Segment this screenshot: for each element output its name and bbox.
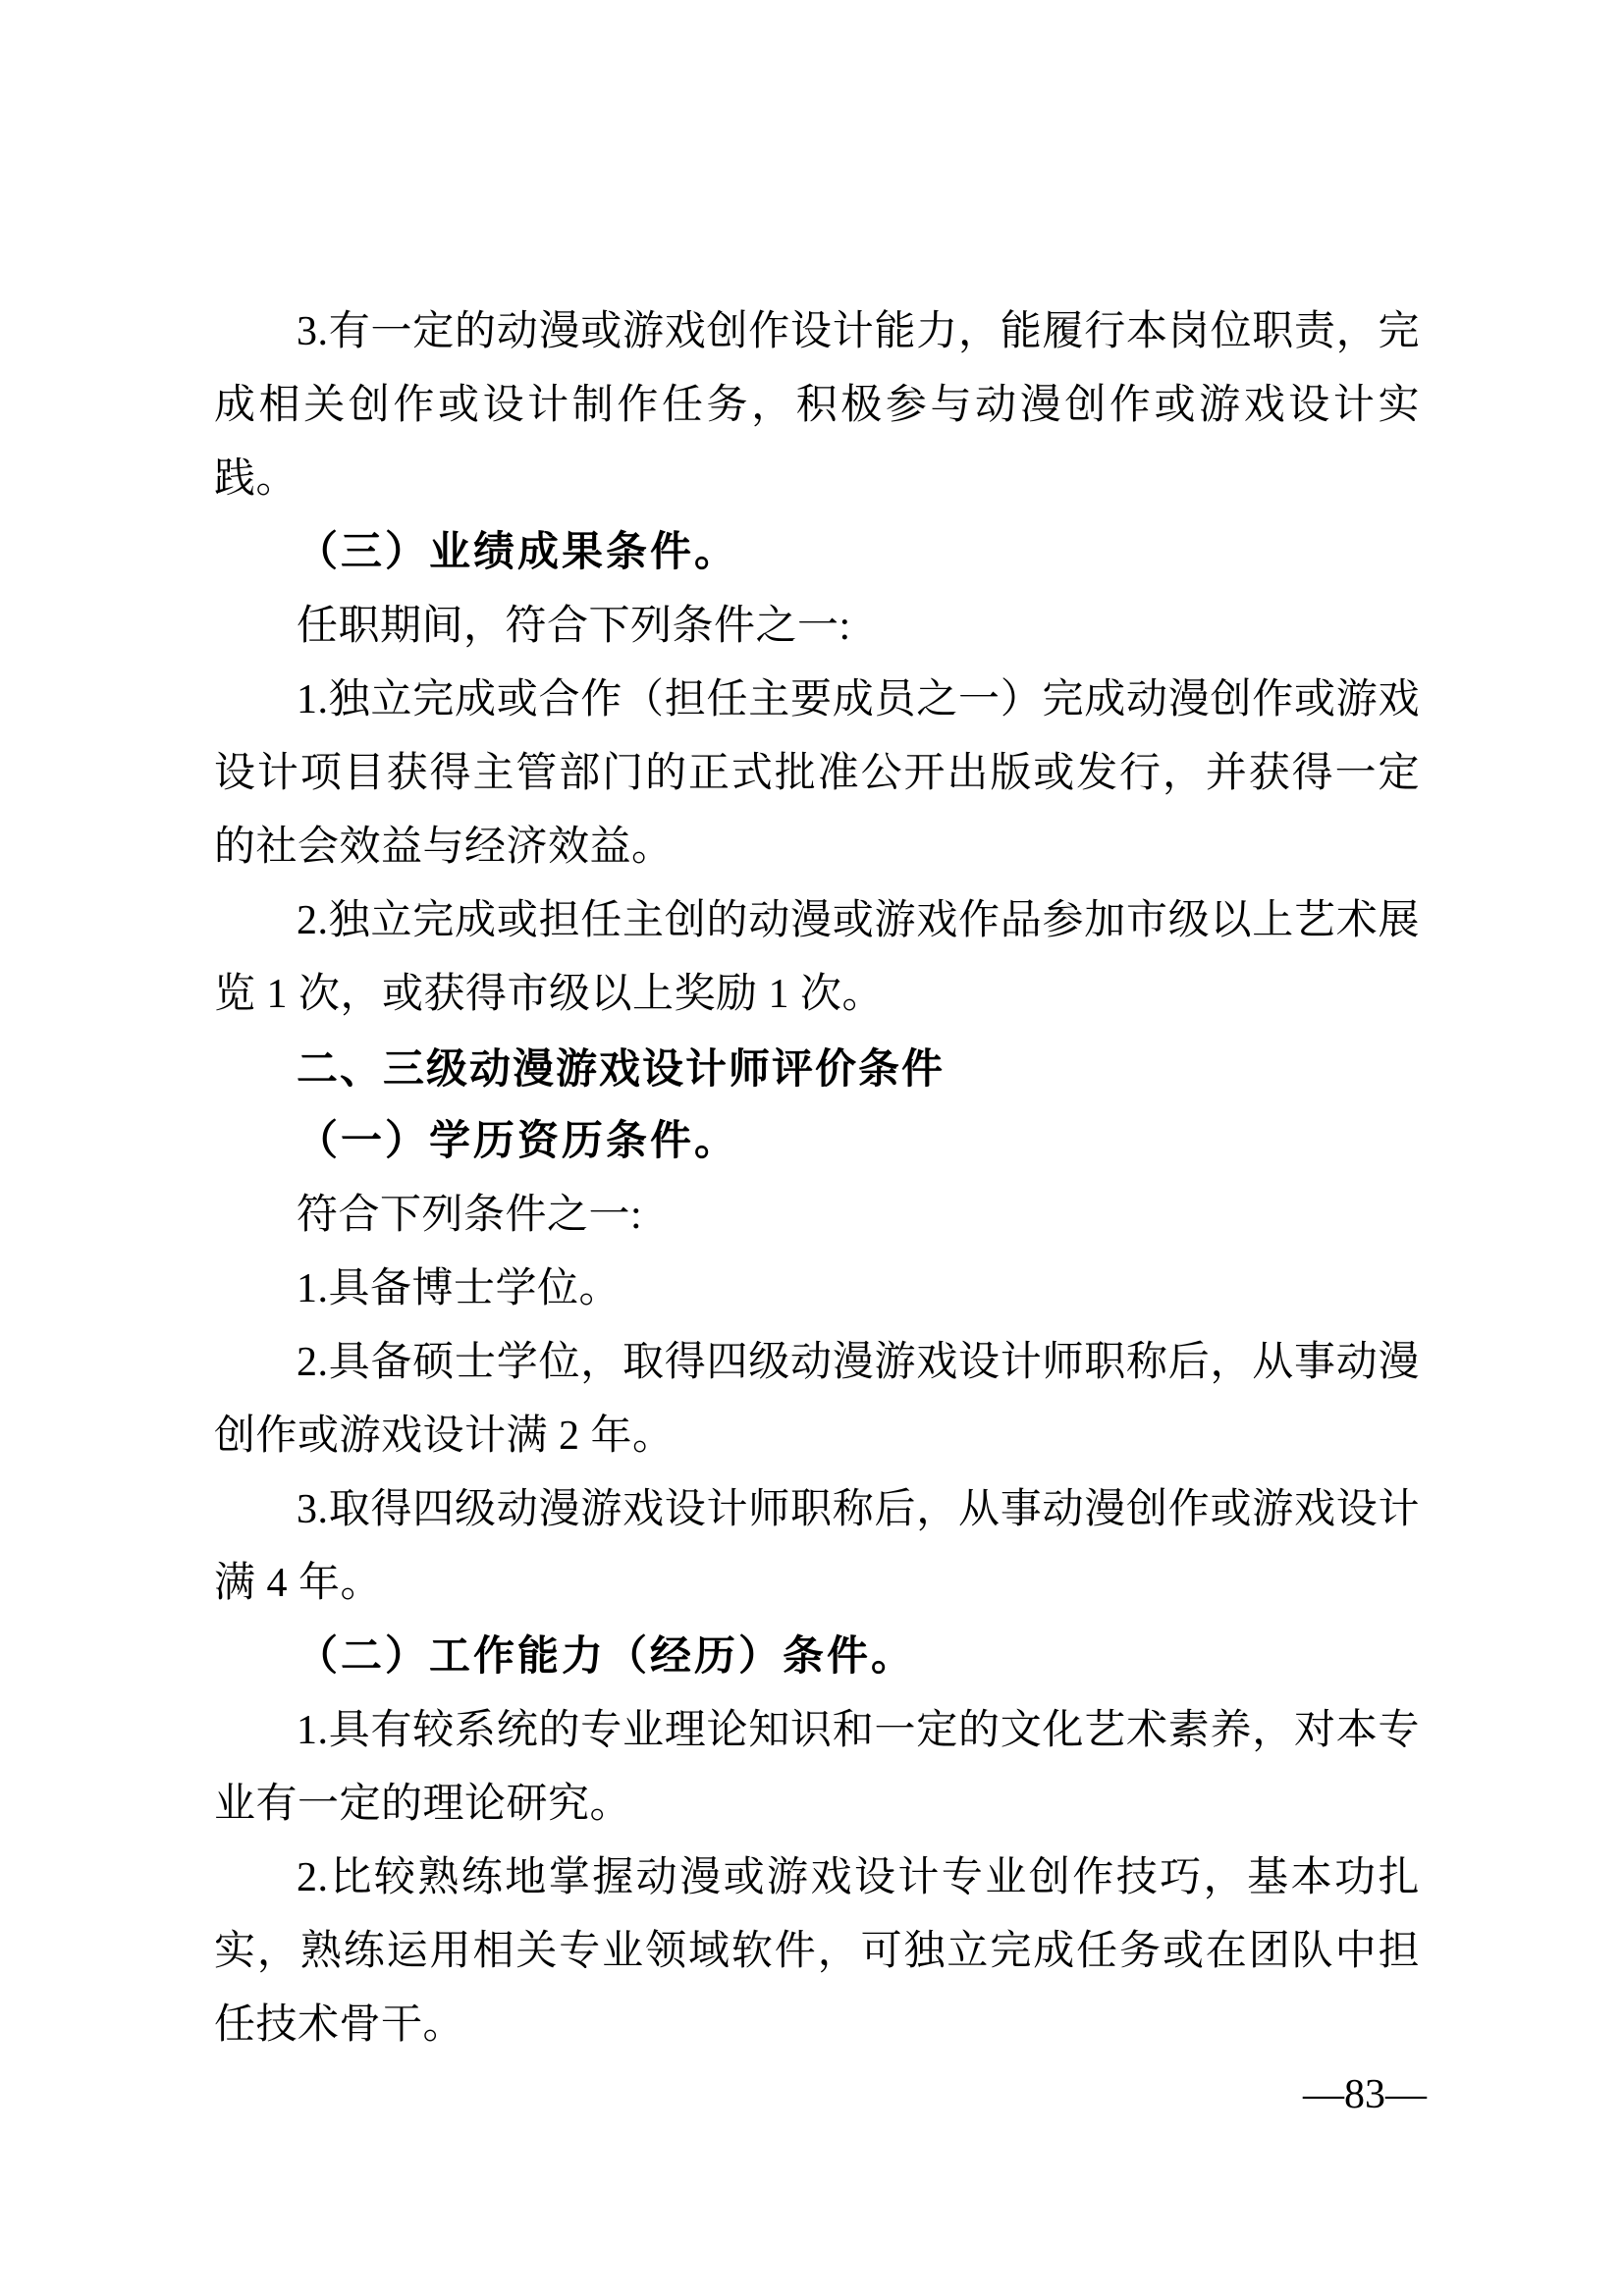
paragraph: 1.具有较系统的专业理论知识和一定的文化艺术素养，对本专业有一定的理论研究。 (214, 1694, 1420, 1842)
paragraph: 3.取得四级动漫游戏设计师职称后，从事动漫创作或游戏设计满 4 年。 (214, 1473, 1420, 1621)
page-number: —83— (1303, 2069, 1427, 2120)
section-heading: 二、三级动漫游戏设计师评价条件 (214, 1032, 1420, 1105)
paragraph: 1.独立完成或合作（担任主要成员之一）完成动漫创作或游戏设计项目获得主管部门的正… (214, 664, 1420, 884)
paragraph: 2.独立完成或担任主创的动漫或游戏作品参加市级以上艺术展览 1 次，或获得市级以… (214, 884, 1420, 1032)
section-heading: （二）工作能力（经历）条件。 (214, 1621, 1420, 1694)
paragraph: 2.具备硕士学位，取得四级动漫游戏设计师职称后，从事动漫创作或游戏设计满 2 年… (214, 1326, 1420, 1473)
paragraph: 3.有一定的动漫或游戏创作设计能力，能履行本岗位职责，完成相关创作或设计制作任务… (214, 295, 1420, 516)
section-heading: （三）业绩成果条件。 (214, 516, 1420, 590)
paragraph: 2.比较熟练地掌握动漫或游戏设计专业创作技巧，基本功扎实，熟练运用相关专业领域软… (214, 1842, 1420, 2062)
paragraph: 1.具备博士学位。 (214, 1253, 1420, 1326)
section-heading: （一）学历资历条件。 (214, 1105, 1420, 1179)
paragraph: 任职期间，符合下列条件之一: (214, 590, 1420, 664)
paragraph: 符合下列条件之一: (214, 1179, 1420, 1253)
document-body: 3.有一定的动漫或游戏创作设计能力，能履行本岗位职责，完成相关创作或设计制作任务… (214, 295, 1420, 2062)
document-page: 3.有一定的动漫或游戏创作设计能力，能履行本岗位职责，完成相关创作或设计制作任务… (0, 0, 1623, 2296)
